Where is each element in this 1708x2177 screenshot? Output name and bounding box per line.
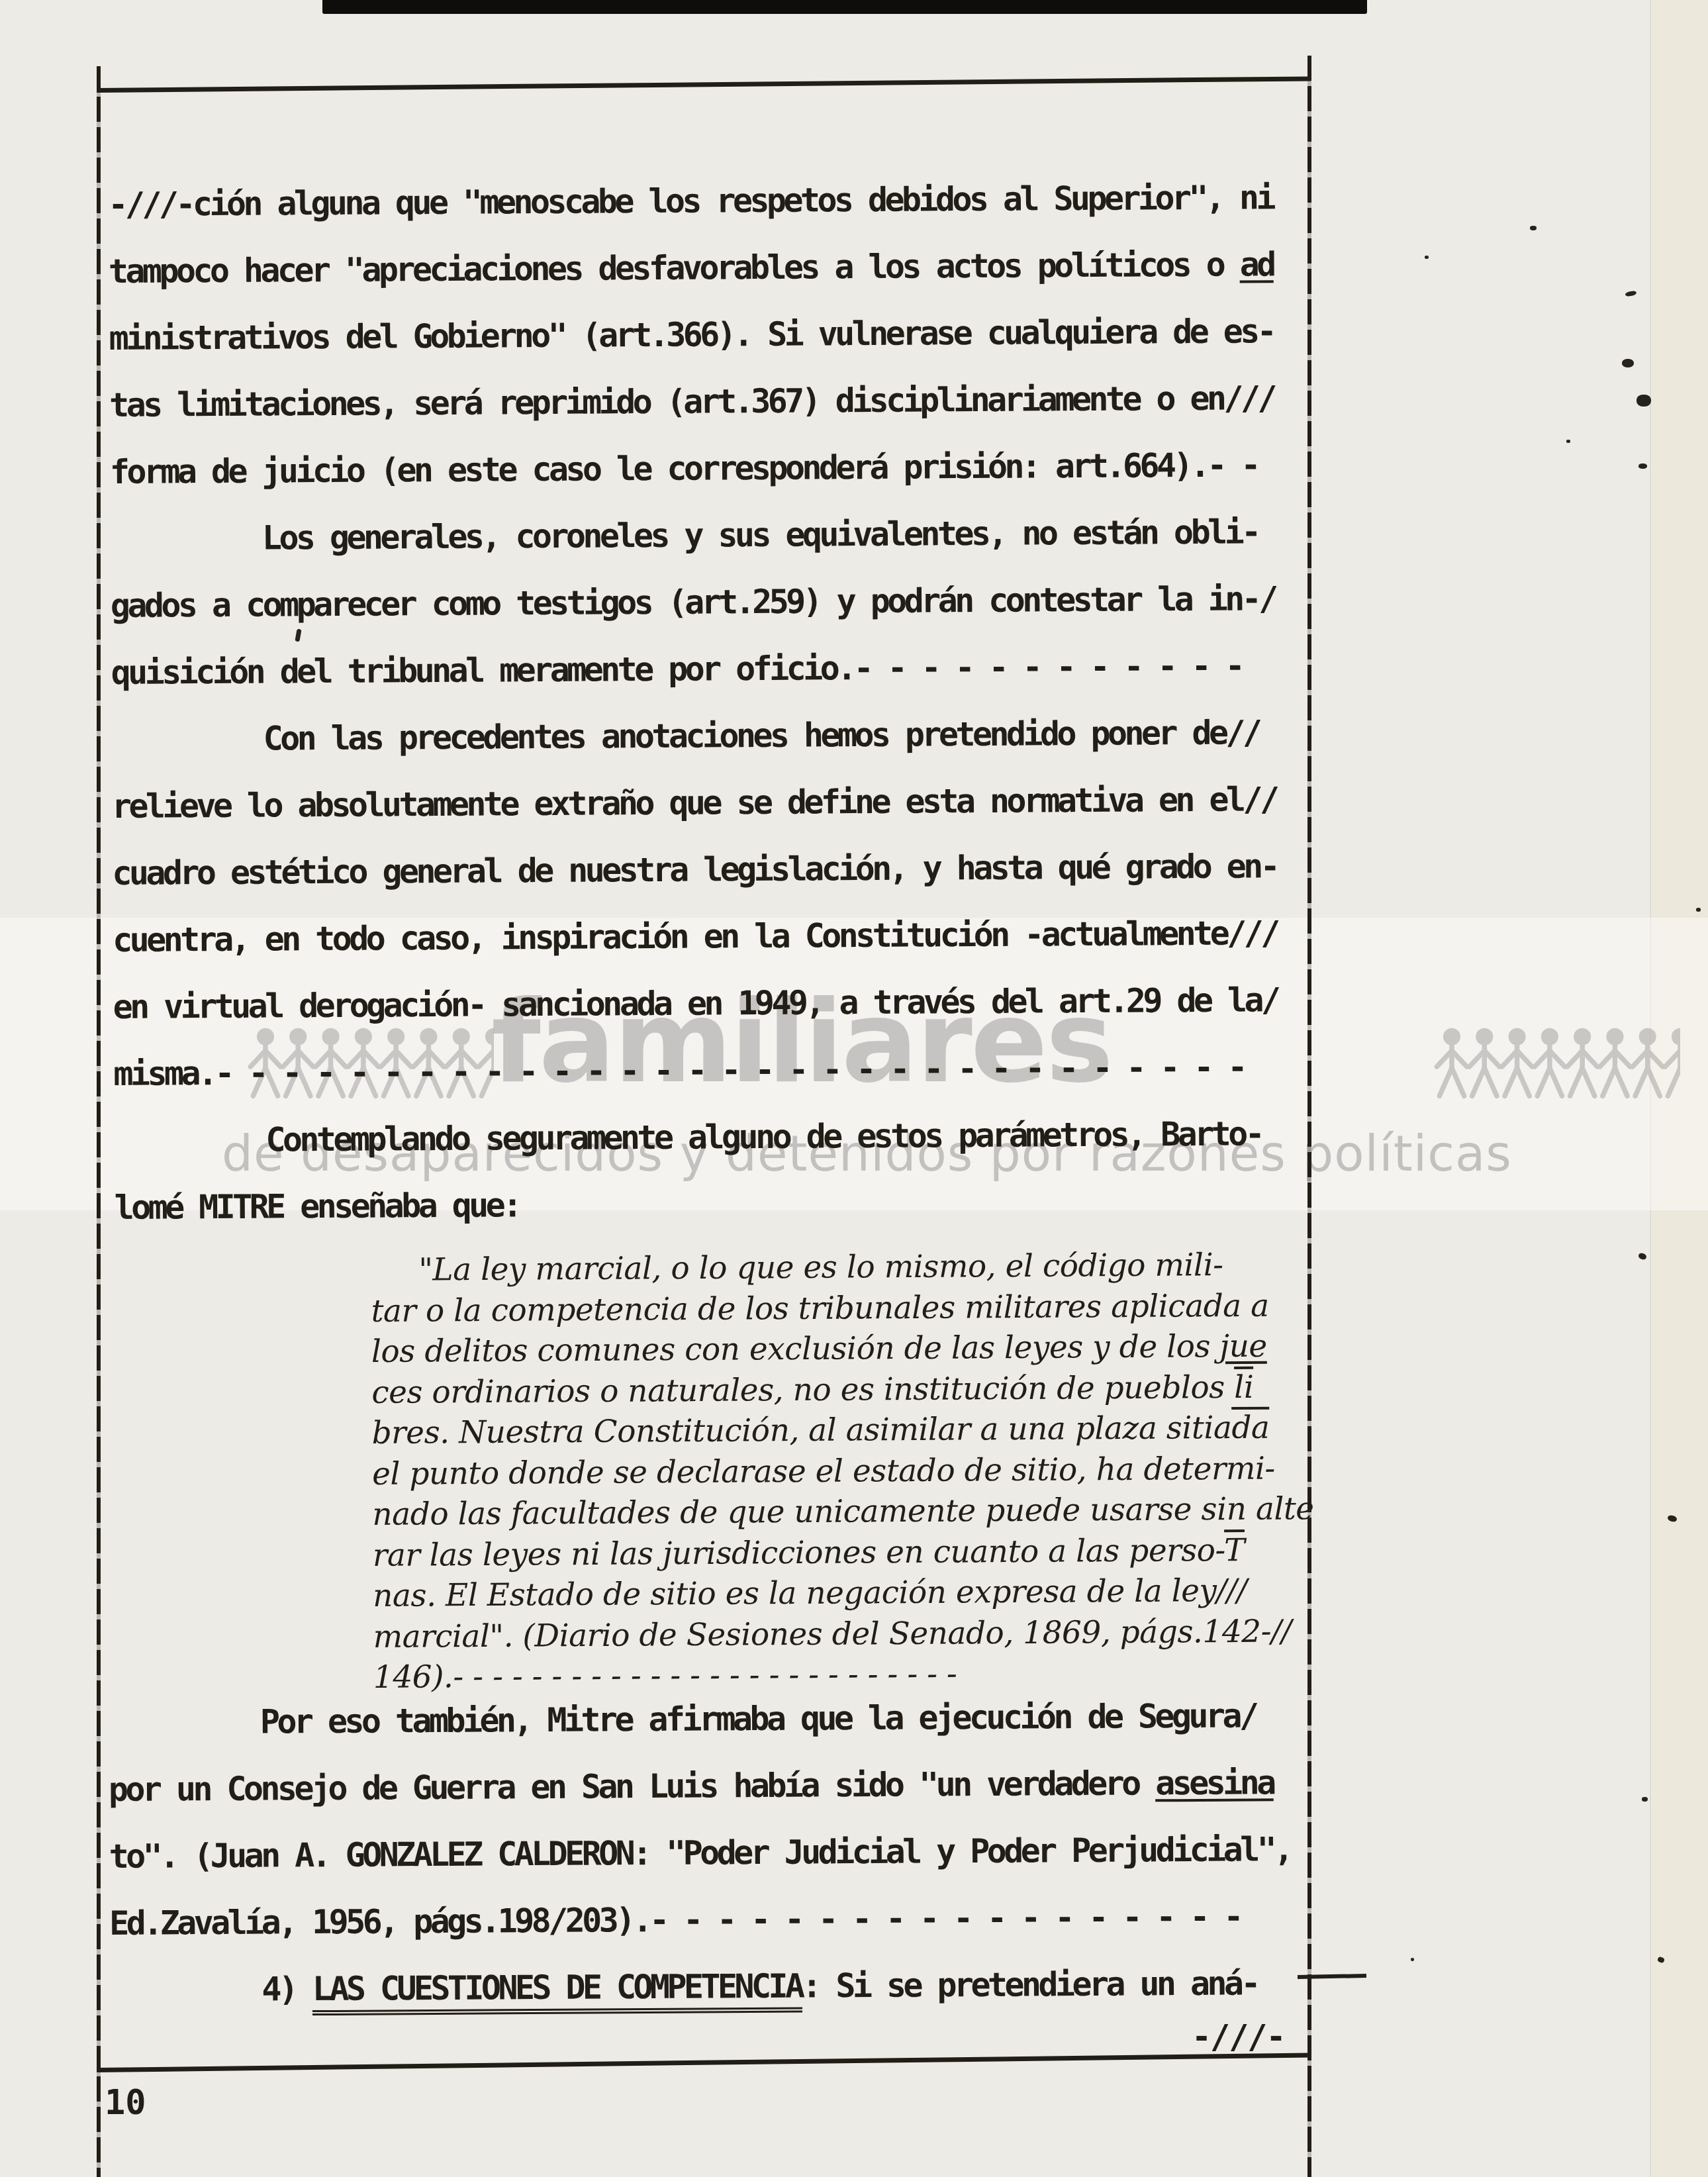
frame-bottom-line <box>97 2053 1311 2072</box>
text-line: gados a comparecer como testigos (art.25… <box>111 565 1276 640</box>
text-line: nado las facultades de que unicamente pu… <box>372 1488 1314 1535</box>
text-line: rar las leyes ni las jurisdicciones en c… <box>373 1529 1315 1576</box>
ink-speck <box>1566 440 1570 443</box>
text-line: lomé MITRE enseñaba que: <box>114 1167 1279 1241</box>
ink-speck <box>1696 908 1701 912</box>
frame-left-line <box>97 66 101 2177</box>
text-line: en virtual derogación- sancionada en 194… <box>113 967 1278 1041</box>
text-line: Por eso también, Mitre afirmaba que la e… <box>108 1682 1290 1757</box>
continuation-mark: -///- <box>1192 2004 1285 2070</box>
ink-speck <box>1530 226 1537 230</box>
text-line: to". (Juan A. GONZALEZ CALDERON: "Poder … <box>109 1816 1291 1890</box>
text-line: nas. El Estado de sitio es la negación e… <box>373 1570 1315 1616</box>
text-line: marcial". (Diario de Sesiones del Senado… <box>373 1611 1315 1657</box>
text-line: el punto donde se declarase el estado de… <box>372 1448 1314 1494</box>
text-line: Contemplando seguramente alguno de estos… <box>114 1100 1279 1175</box>
frame-right-line <box>1307 56 1311 2177</box>
ink-speck <box>1622 359 1634 367</box>
right-margin-tick <box>1298 1974 1366 1979</box>
text-line: cuentra, en todo caso, inspiración en la… <box>113 900 1278 974</box>
text-line: bres. Nuestra Constitución, al asimilar … <box>372 1407 1314 1453</box>
ink-speck <box>1638 463 1647 469</box>
typewritten-paragraphs-after-quote: Por eso también, Mitre afirmaba que la e… <box>108 1682 1292 2024</box>
text-line: misma.- - - - - - - - - - - - - - - - - … <box>113 1034 1278 1108</box>
ink-speck <box>1411 1958 1414 1961</box>
text-line: forma de juicio (en este caso le corresp… <box>109 432 1274 506</box>
text-line: -///-ción alguna que "menoscabe los resp… <box>108 164 1273 238</box>
typewritten-paragraphs: -///-ción alguna que "menoscabe los resp… <box>108 164 1280 1241</box>
text-line: tar o la competencia de los tribunales m… <box>371 1285 1313 1331</box>
text-line: "La ley marcial, o lo que es lo mismo, e… <box>371 1244 1313 1290</box>
text-line: 4) LAS CUESTIONES DE COMPETENCIA: Si se … <box>109 1950 1292 2024</box>
ink-speck <box>1425 256 1429 259</box>
text-line: relieve lo absolutamente extraño que se … <box>112 766 1277 840</box>
text-line: Con las precedentes anotaciones hemos pr… <box>111 699 1276 773</box>
scanned-document-page: familiares de desaparecidos y detenidos … <box>0 0 1708 2177</box>
text-line: cuadro estético general de nuestra legis… <box>112 833 1277 907</box>
page-number: 10 <box>105 2083 146 2123</box>
text-line: por un Consejo de Guerra en San Luis hab… <box>109 1749 1291 1823</box>
ink-speck <box>1625 290 1637 297</box>
text-line: ces ordinarios o naturales, no es instit… <box>371 1367 1313 1413</box>
ink-speck <box>1638 1252 1647 1261</box>
text-line: Los generales, coroneles y sus equivalen… <box>110 499 1275 573</box>
mitre-blockquote: "La ley marcial, o lo que es lo mismo, e… <box>371 1244 1315 1698</box>
text-line: tas limitaciones, será reprimido (art.36… <box>109 365 1274 439</box>
text-line: Ed.Zavalía, 1956, págs.198/203).- - - - … <box>109 1883 1292 1957</box>
ink-speck <box>1642 1797 1648 1802</box>
text-line: los delitos comunes con exclusión de las… <box>371 1326 1313 1372</box>
text-line: ministrativos del Gobierno" (art.366). S… <box>109 298 1274 372</box>
text-line: tampoco hacer "apreciaciones desfavorabl… <box>109 231 1274 305</box>
frame-top-line <box>97 76 1311 93</box>
top-scan-bar <box>322 0 1367 14</box>
text-line: quisición del tribunal meramente por ofi… <box>111 632 1276 706</box>
ink-speck <box>1637 395 1651 407</box>
